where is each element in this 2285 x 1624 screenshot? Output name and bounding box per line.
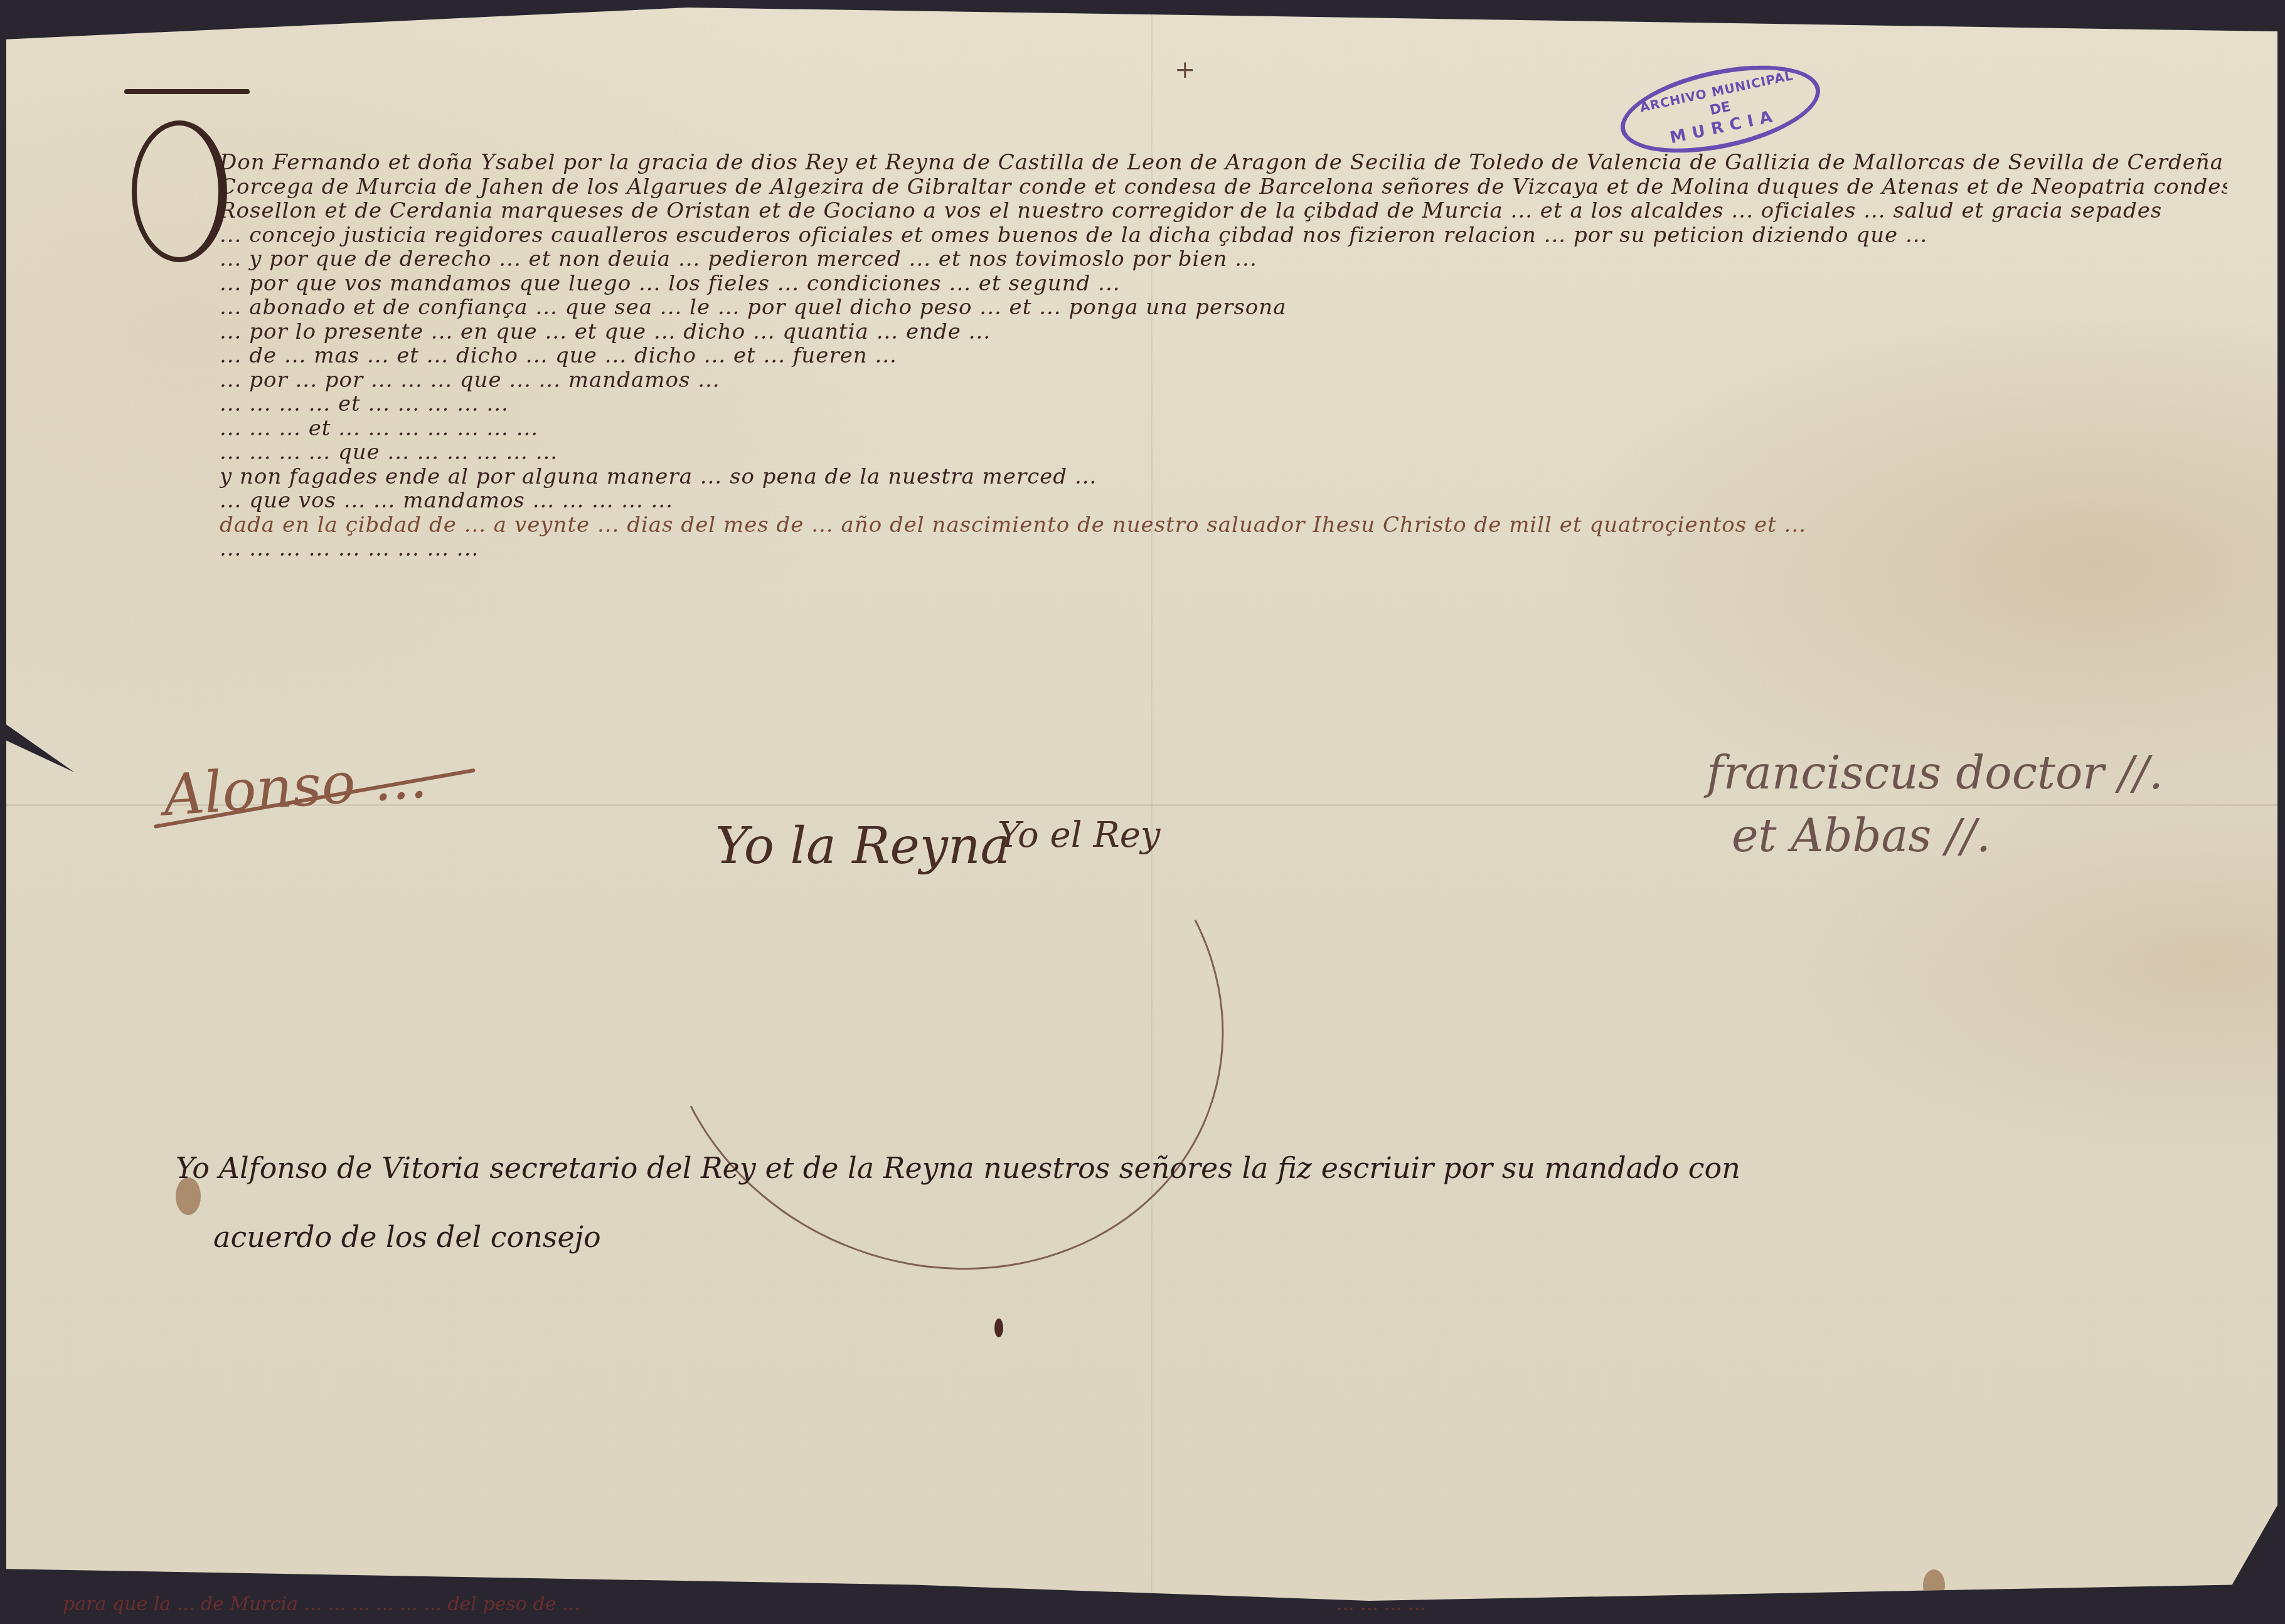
- body-line: ... por lo presente ... en que ... et qu…: [220, 320, 2227, 344]
- ink-blot: [994, 1319, 1003, 1337]
- body-line: ... ... ... ... ... ... ... ... ...: [220, 537, 2227, 561]
- body-line: ... que vos ... ... mandamos ... ... ...…: [220, 489, 2227, 513]
- dorsal-note: para que la ... de Murcia ... ... ... ..…: [63, 1593, 580, 1615]
- body-line: Rosellon et de Cerdania marqueses de Ori…: [220, 199, 2227, 223]
- body-line: ... ... ... ... que ... ... ... ... ... …: [220, 440, 2227, 465]
- secretary-line: acuerdo de los del consejo: [176, 1202, 2215, 1271]
- signature-right-line-1: franciscus doctor //.: [1707, 741, 2163, 804]
- body-line: ... ... ... et ... ... ... ... ... ... .…: [220, 417, 2227, 441]
- body-line: ... abonado et de confiança ... que sea …: [220, 295, 2227, 320]
- signature-right: franciscus doctor //. et Abbas //.: [1707, 741, 2163, 867]
- cross-mark: +: [1174, 55, 1196, 84]
- manuscript-body: Don Fernando et doña Ysabel por la graci…: [220, 151, 2227, 561]
- decorated-initial-d: [132, 120, 227, 262]
- ink-stain: [1923, 1569, 1945, 1601]
- body-line: ... por que vos mandamos que luego ... l…: [220, 272, 2227, 296]
- body-line: ... y por que de derecho ... et non deui…: [220, 247, 2227, 272]
- signature-king: Yo el Rey: [998, 817, 1160, 854]
- secretary-line: Yo Alfonso de Vitoria secretario del Rey…: [176, 1133, 2215, 1202]
- signature-queen: Yo la Reyna: [715, 817, 1010, 875]
- body-line: ... por ... por ... ... ... que ... ... …: [220, 368, 2227, 393]
- signature-left: Alonso ...: [161, 745, 429, 829]
- body-line: ... ... ... ... et ... ... ... ... ...: [220, 392, 2227, 417]
- signature-right-line-2: et Abbas //.: [1707, 804, 2163, 867]
- body-line: ... de ... mas ... et ... dicho ... que …: [220, 344, 2227, 368]
- secretary-attestation: Yo Alfonso de Vitoria secretario del Rey…: [176, 1133, 2215, 1271]
- body-line: y non fagades ende al por alguna manera …: [220, 465, 2227, 489]
- manuscript-page: + ARCHIVO MUNICIPAL DE MURCIA Don Fernan…: [6, 8, 2277, 1601]
- title-flourish: [124, 89, 250, 94]
- body-line: ... concejo justicia regidores cauallero…: [220, 223, 2227, 248]
- body-line: Don Fernando et doña Ysabel por la graci…: [220, 151, 2227, 175]
- dorsal-note-right: ... ... ... ...: [1336, 1593, 1426, 1615]
- body-line: dada en la çibdad de ... a veynte ... di…: [220, 513, 2227, 538]
- body-line: Corcega de Murcia de Jahen de los Algaru…: [220, 175, 2227, 199]
